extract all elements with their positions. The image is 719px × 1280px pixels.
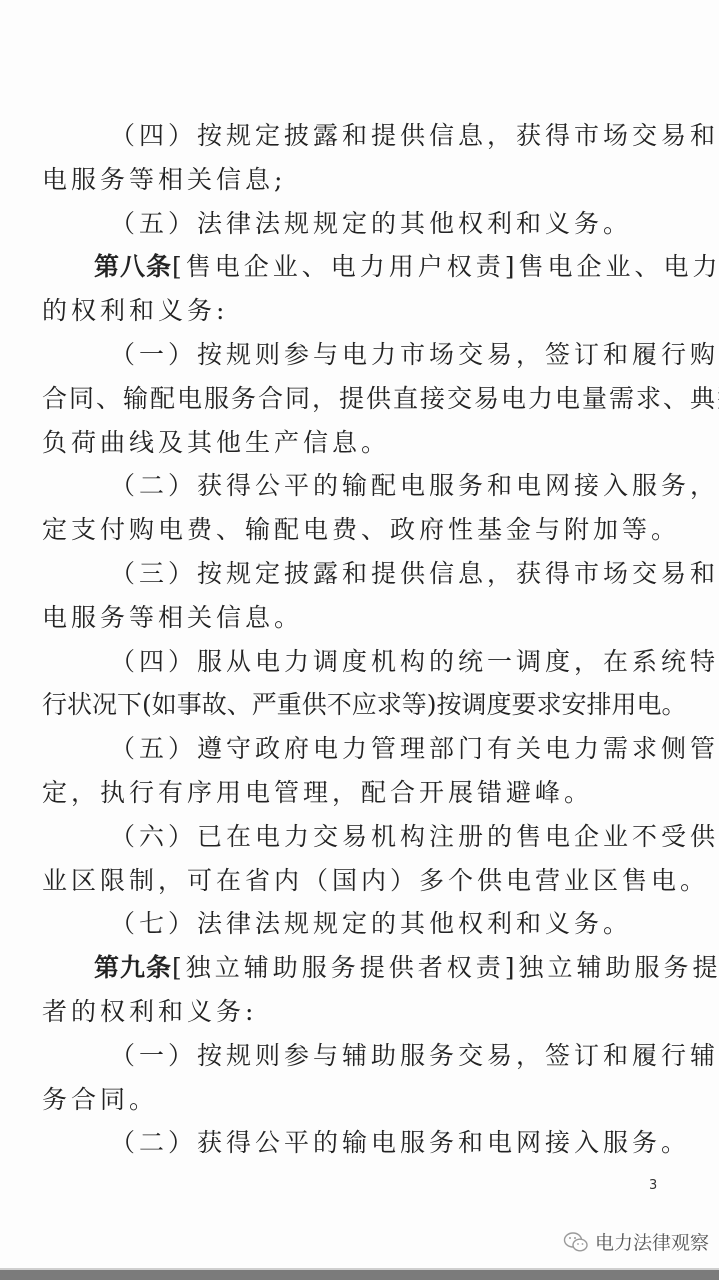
- text-line: （二）获得公平的输电服务和电网接入服务。: [42, 1121, 667, 1165]
- text-line: （二）获得公平的输配电服务和电网接入服务，按规: [42, 464, 667, 508]
- watermark-text: 电力法律观察: [595, 1228, 709, 1255]
- text-line: （一）按规则参与辅助服务交易，签订和履行辅助服: [42, 1034, 667, 1078]
- article-heading-line: 第八条[售电企业、电力用户权责]售电企业、电力用户: [42, 245, 667, 289]
- text-line: 行状况下(如事故、严重供不应求等)按调度要求安排用电。: [42, 683, 667, 727]
- text-line: （七）法律法规规定的其他权利和义务。: [42, 902, 667, 946]
- article-number: 第九条: [94, 953, 172, 982]
- text-line: 务合同。: [42, 1078, 667, 1122]
- text-line: （一）按规则参与电力市场交易，签订和履行购售电: [42, 333, 667, 377]
- bottom-bar: [0, 1268, 719, 1280]
- document-page: （四）按规定披露和提供信息，获得市场交易和输配 电服务等相关信息; （五）法律法…: [0, 0, 719, 1268]
- text-line: 定支付购电费、输配电费、政府性基金与附加等。: [42, 508, 667, 552]
- text-line: （六）已在电力交易机构注册的售电企业不受供电营: [42, 815, 667, 859]
- text-line: 定，执行有序用电管理，配合开展错避峰。: [42, 771, 667, 815]
- document-body: （四）按规定披露和提供信息，获得市场交易和输配 电服务等相关信息; （五）法律法…: [42, 114, 667, 1165]
- text-line: （四）按规定披露和提供信息，获得市场交易和输配: [42, 114, 667, 158]
- text-line: （四）服从电力调度机构的统一调度，在系统特殊运: [42, 640, 667, 684]
- text-line: 业区限制，可在省内（国内）多个供电营业区售电。: [42, 859, 667, 903]
- text-line: （五）遵守政府电力管理部门有关电力需求侧管理规: [42, 727, 667, 771]
- page-number: 3: [649, 1178, 657, 1193]
- text-line: 者的权利和义务:: [42, 990, 667, 1034]
- text-line: （五）法律法规规定的其他权利和义务。: [42, 202, 667, 246]
- text-line: 负荷曲线及其他生产信息。: [42, 421, 667, 465]
- article-title-text: [独立辅助服务提供者权责]独立辅助服务提供: [172, 953, 719, 982]
- text-line: 电服务等相关信息。: [42, 596, 667, 640]
- article-heading-line: 第九条[独立辅助服务提供者权责]独立辅助服务提供: [42, 946, 667, 990]
- text-line: （三）按规定披露和提供信息，获得市场交易和输配: [42, 552, 667, 596]
- article-title-text: [售电企业、电力用户权责]售电企业、电力用户: [172, 252, 719, 281]
- text-line: 电服务等相关信息;: [42, 158, 667, 202]
- article-number: 第八条: [94, 252, 172, 281]
- text-line: 合同、输配电服务合同，提供直接交易电力电量需求、典型: [42, 377, 667, 421]
- text-line: 的权利和义务:: [42, 289, 667, 333]
- wechat-icon: [563, 1231, 589, 1253]
- watermark: 电力法律观察: [563, 1228, 709, 1255]
